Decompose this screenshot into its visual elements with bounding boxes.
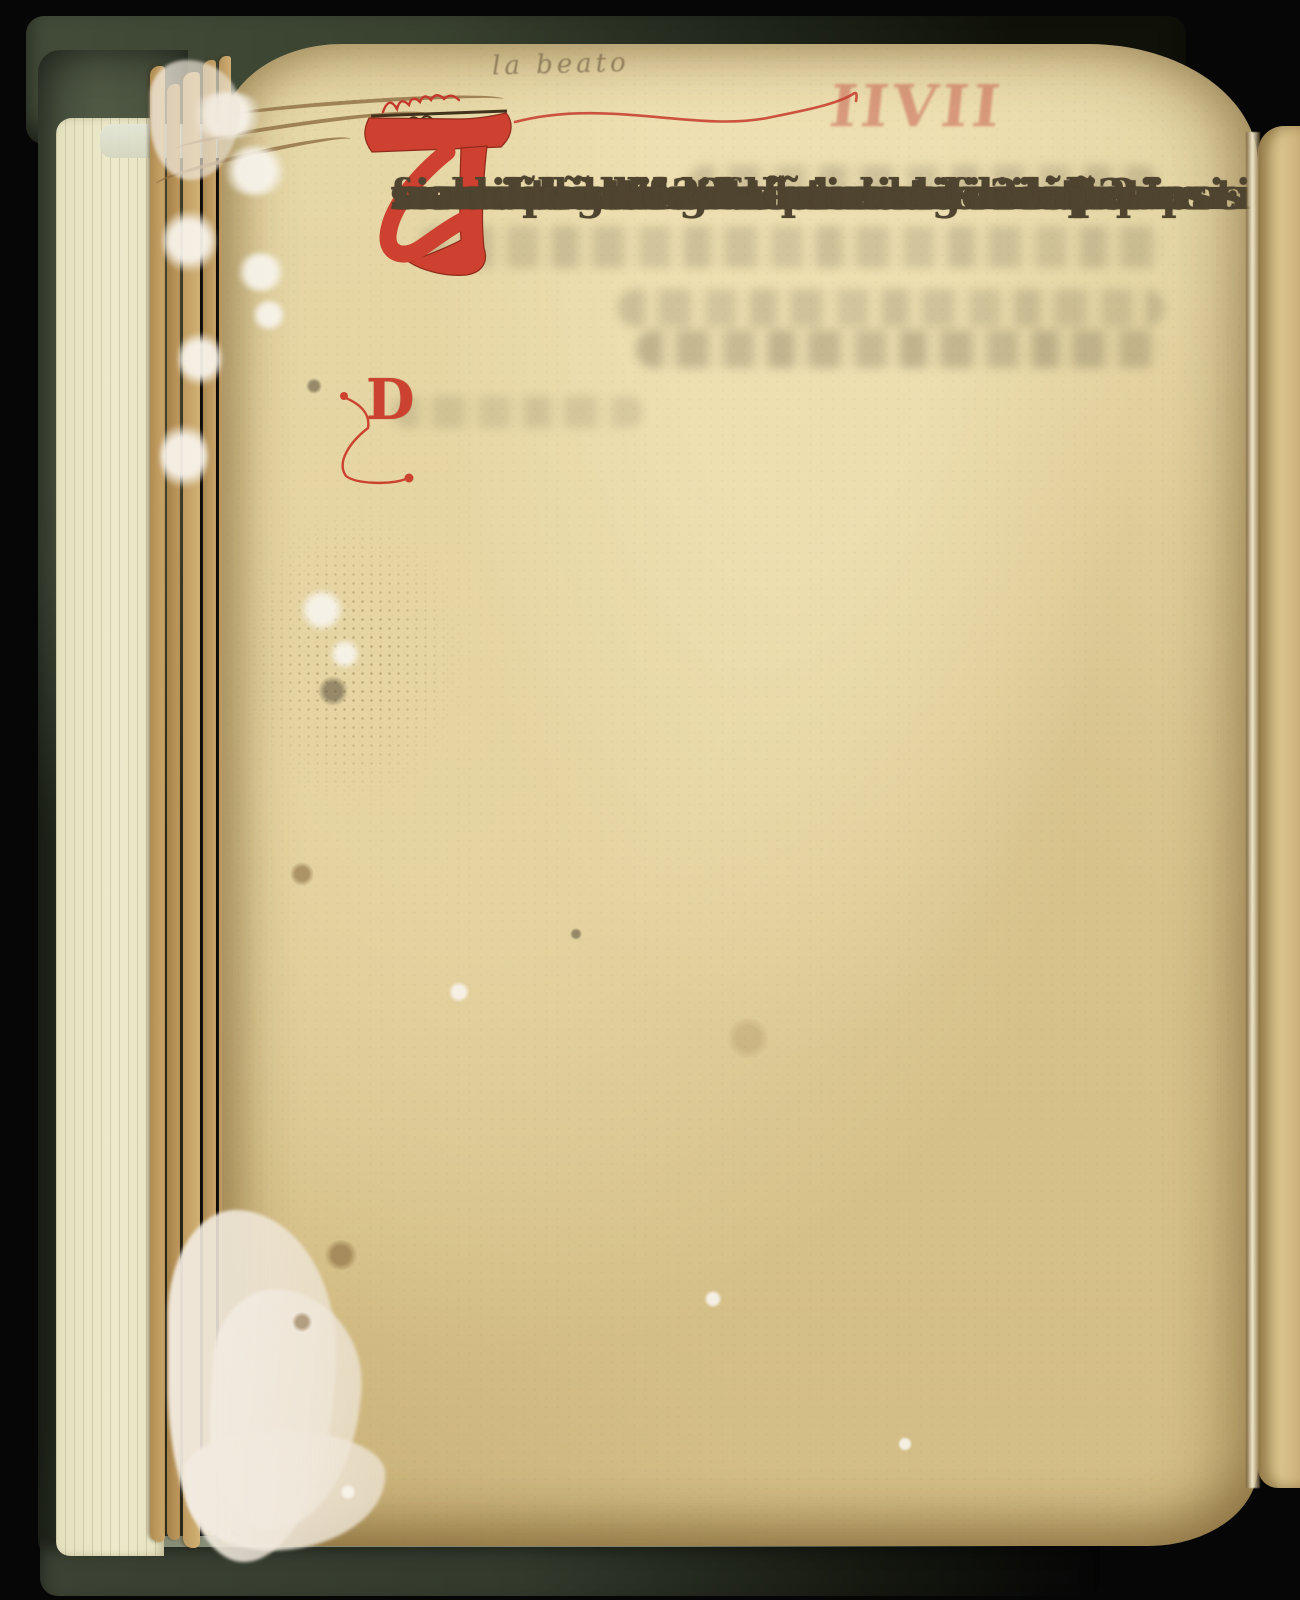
damage-patch	[300, 590, 344, 630]
showthrough-smudge	[420, 226, 1164, 268]
showthrough-smudge	[618, 289, 1164, 327]
damage-patch	[178, 330, 222, 388]
stain-spot	[324, 1240, 358, 1270]
gutter-crease	[1246, 132, 1260, 1488]
stain-spot	[318, 676, 348, 706]
stain-spot	[704, 1290, 722, 1308]
stain-spot	[292, 1312, 312, 1332]
showthrough-smudge	[636, 330, 1164, 368]
damage-patch	[330, 640, 360, 668]
manuscript-photo: la beato IIVII postolo beato dagesoxp̃o …	[0, 0, 1300, 1600]
stain-spot	[570, 928, 582, 940]
stain-spot	[340, 1484, 356, 1500]
stain-spot	[898, 1436, 912, 1452]
parchment-leaf-edge	[150, 66, 165, 1542]
damage-patch	[222, 146, 288, 196]
stain-spot	[306, 378, 322, 394]
damage-patch	[162, 208, 216, 274]
damage-patch	[236, 252, 286, 292]
damage-patch	[252, 300, 286, 330]
facing-page-edge	[1258, 126, 1300, 1488]
damage-patch	[160, 420, 208, 492]
stain-spot	[726, 1018, 770, 1058]
text-line-11: no cura difarla perire·	[390, 166, 944, 223]
drop-cap-d-flourish	[330, 382, 450, 492]
stain-spot	[448, 982, 470, 1002]
page-stack-fore-edge	[56, 118, 164, 1556]
stain-spot	[290, 862, 314, 886]
